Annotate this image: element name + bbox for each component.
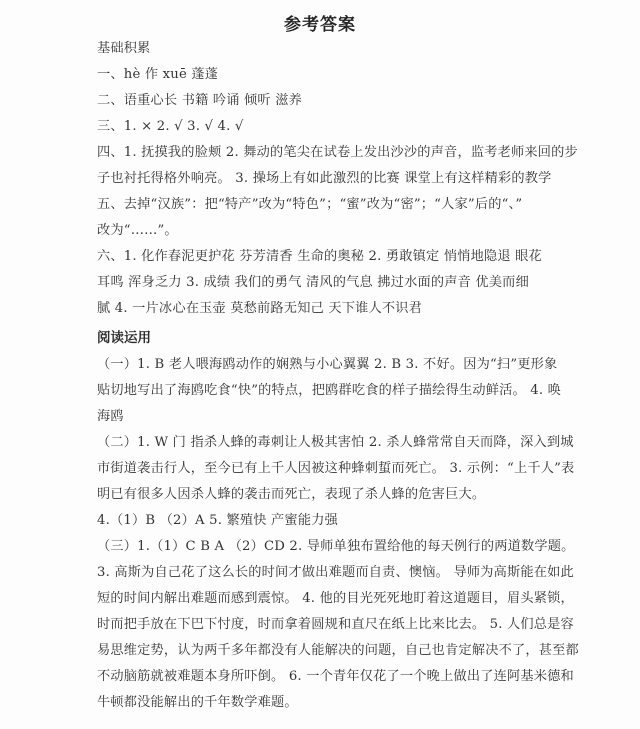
answer-line: 易思维定势，认为两千多年都没有人能解决的问题，自己也肯定解决不了，甚至都 (97, 638, 557, 664)
answer-line: 六、1. 化作春泥更护花 芬芳清香 生命的奥秘 2. 勇敢镇定 悄悄地隐退 眼花 (97, 244, 557, 270)
answer-content: 基础积累 一、hè 作 xuē 蓬蓬 二、语重心长 书籍 吟诵 倾听 滋养 三、… (97, 36, 557, 716)
answer-line: （三）1.（1）C B A （2）CD 2. 导师单独布置给他的每天例行的两道数… (97, 534, 557, 560)
answer-line: 海鸥 (97, 404, 557, 430)
answer-line: 不动脑筋就被难题本身所吓倒。 6. 一个青年仅花了一个晚上做出了连阿基米德和 (97, 664, 557, 690)
page-title: 参考答案 (0, 10, 640, 35)
answer-line: 一、hè 作 xuē 蓬蓬 (97, 62, 557, 88)
answer-line: 二、语重心长 书籍 吟诵 倾听 滋养 (97, 88, 557, 114)
answer-line: 四、1. 抚摸我的脸颊 2. 舞动的笔尖在试卷上发出沙沙的声音，监考老师来回的步 (97, 140, 557, 166)
answer-key-page: 参考答案 基础积累 一、hè 作 xuē 蓬蓬 二、语重心长 书籍 吟诵 倾听 … (0, 0, 640, 729)
answer-line: 耳鸣 浑身乏力 3. 成绩 我们的勇气 清风的气息 拂过水面的声音 优美而细 (97, 270, 557, 296)
answer-line: 五、去掉“汉族”：把“特产”改为“特色”；“蜜”改为“密”；“人家”后的“、” (97, 192, 557, 218)
answer-line: 三、1. × 2. √ 3. √ 4. √ (97, 114, 557, 140)
section-heading-reading: 阅读运用 (97, 322, 557, 352)
answer-line: 3. 高斯为自己花了这么长的时间才做出难题而自责、懊恼。 导师为高斯能在如此 (97, 560, 557, 586)
answer-line: 明已有很多人因杀人蜂的袭击而死亡，表现了杀人蜂的危害巨大。 (97, 482, 557, 508)
answer-line: （二）1. W 门 指杀人蜂的毒刺让人极其害怕 2. 杀人蜂常常自天而降，深入到… (97, 430, 557, 456)
answer-line: 改为“……”。 (97, 218, 557, 244)
answer-line: 市街道袭击行人，至今已有上千人因被这种蜂刺蜇而死亡。 3. 示例：“上千人”表 (97, 456, 557, 482)
answer-line: 4.（1）B （2）A 5. 繁殖快 产蜜能力强 (97, 508, 557, 534)
answer-line: 贴切地写出了海鸥吃食“快”的特点，把鸥群吃食的样子描绘得生动鲜活。 4. 唤 (97, 378, 557, 404)
answer-line: 牛顿都没能解出的千年数学难题。 (97, 690, 557, 716)
answer-line: 时而把手放在下巴下忖度，时而拿着圆规和直尺在纸上比来比去。 5. 人们总是容 (97, 612, 557, 638)
section-heading-basic: 基础积累 (97, 36, 557, 62)
answer-line: 子也衬托得格外响亮。 3. 操场上有如此激烈的比赛 课堂上有这样精彩的教学 (97, 166, 557, 192)
answer-line: 短的时间内解出难题而感到震惊。 4. 他的目光死死地盯着这道题目，眉头紧锁， (97, 586, 557, 612)
answer-line: （一）1. B 老人喂海鸥动作的娴熟与小心翼翼 2. B 3. 不好。因为“扫”… (97, 352, 557, 378)
answer-line: 腻 4. 一片冰心在玉壶 莫愁前路无知己 天下谁人不识君 (97, 296, 557, 322)
